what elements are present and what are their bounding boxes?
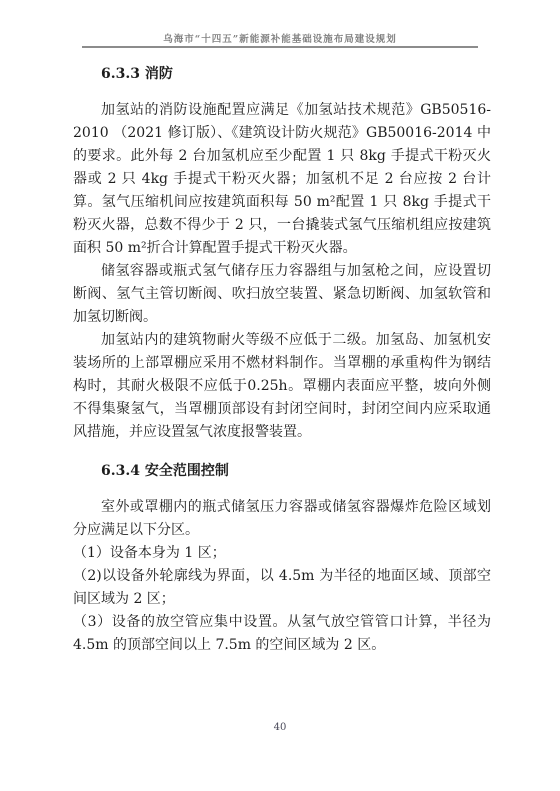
- list-item: （1）设备本身为 1 区；: [73, 542, 491, 565]
- page-content: 6.3.3 消防 加氢站的消防设施配置应满足《加氢站技术规范》GB50516-2…: [73, 63, 491, 657]
- header-rule: [82, 46, 478, 48]
- page-header-title: 乌海市“十四五”新能源补能基础设施布局建设规划: [82, 31, 478, 45]
- list-item: （3）设备的放空管应集中设置。从氢气放空管管口计算，半径为 4.5m 的顶部空间…: [73, 611, 491, 657]
- section-heading-6-3-3: 6.3.3 消防: [101, 63, 491, 86]
- paragraph: 室外或罩棚内的瓶式储氢压力容器或储氢容器爆炸危险区域划分应满足以下分区。: [73, 496, 491, 542]
- section-heading-6-3-4: 6.3.4 安全范围控制: [101, 460, 491, 483]
- list-item: （2)以设备外轮廓线为界面，以 4.5m 为半径的地面区域、顶部空间区域为 2 …: [73, 565, 491, 611]
- paragraph: 加氢站内的建筑物耐火等级不应低于二级。加氢岛、加氢机安装场所的上部罩棚应采用不燃…: [73, 329, 491, 444]
- paragraph: 加氢站的消防设施配置应满足《加氢站技术规范》GB50516-2010 （2021…: [73, 99, 491, 260]
- document-page: 乌海市“十四五”新能源补能基础设施布局建设规划 6.3.3 消防 加氢站的消防设…: [0, 0, 560, 791]
- page-number: 40: [0, 722, 560, 733]
- paragraph: 储氢容器或瓶式氢气储存压力容器组与加氢枪之间，应设置切断阀、氢气主管切断阀、吹扫…: [73, 260, 491, 329]
